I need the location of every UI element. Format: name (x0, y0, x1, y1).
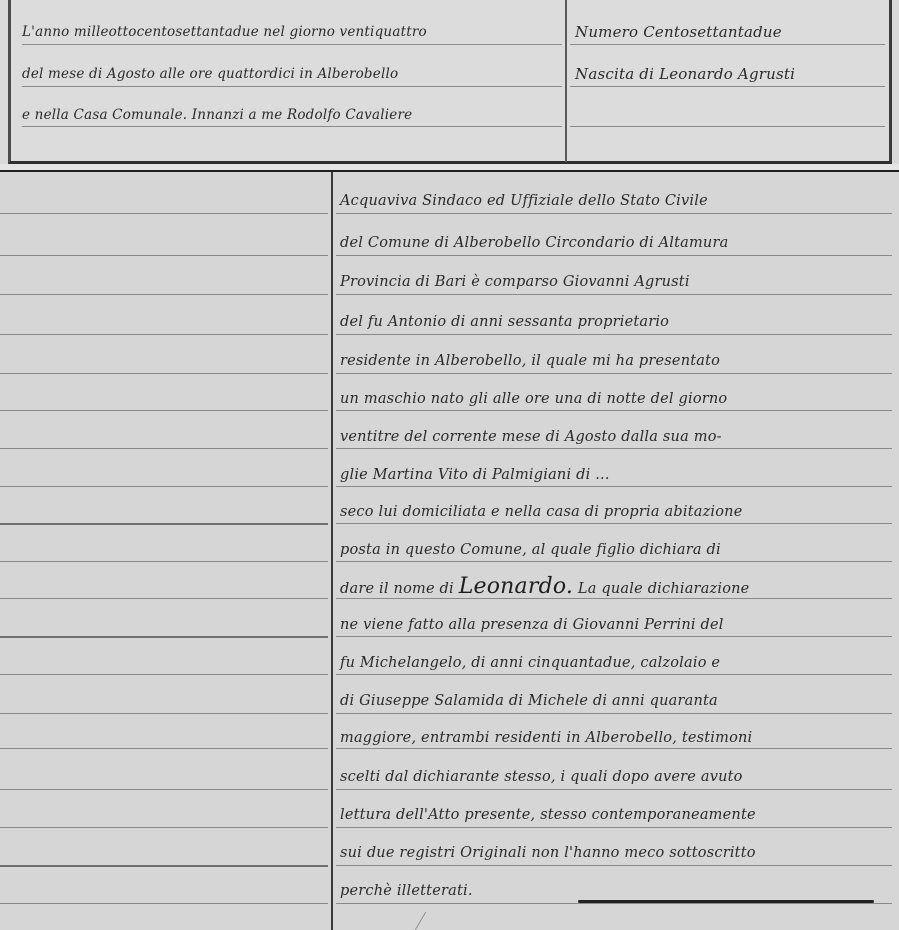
body-line-11-tail: La quale dichiarazione (578, 581, 750, 597)
body-line-19: perchè illetterati. (340, 881, 473, 901)
record-number: Numero Centosettantadue (575, 22, 782, 42)
margin-ruled-line (0, 713, 328, 714)
body-line-18: sui due registri Originali non l'hanno m… (340, 843, 756, 863)
body-line-13: fu Michelangelo, di anni cinquantadue, c… (340, 653, 720, 673)
body-ruled-line (336, 789, 892, 790)
header-left-line-2: del mese di Agosto alle ore quattordici … (22, 64, 398, 84)
body-line-1: Acquaviva Sindaco ed Uffiziale dello Sta… (340, 191, 708, 211)
body-line-16: scelti dal dichiarante stesso, i quali d… (340, 767, 743, 787)
body-ruled-line (336, 713, 892, 714)
header-section: L'anno milleottocentosettantadue nel gio… (0, 0, 899, 168)
margin-ruled-line (0, 748, 328, 749)
body-ruled-line (336, 561, 892, 562)
margin-ruled-line (0, 903, 328, 904)
body-line-4: del fu Antonio di anni sessanta propriet… (340, 312, 669, 332)
ruled-line (22, 86, 562, 87)
margin-ruled-line (0, 561, 328, 562)
body-line-3: Provincia di Bari è comparso Giovanni Ag… (340, 272, 690, 292)
body-ruled-line (336, 373, 892, 374)
body-ruled-line (336, 674, 892, 675)
header-left-line-1: L'anno milleottocentosettantadue nel gio… (22, 22, 427, 42)
ruled-line (570, 86, 885, 87)
body-ruled-line (336, 410, 892, 411)
body-ruled-line (336, 294, 892, 295)
margin-ruled-line (0, 636, 328, 638)
body-ruled-line (336, 255, 892, 256)
margin-ruled-line (0, 486, 328, 487)
margin-ruled-line (0, 334, 328, 335)
ruled-line (22, 44, 562, 45)
ruled-line (22, 126, 562, 127)
margin-ruled-line (0, 410, 328, 411)
body-ruled-line (336, 903, 892, 904)
body-line-10: posta in questo Comune, al quale figlio … (340, 540, 721, 560)
margin-ruled-line (0, 598, 328, 599)
body-line-11: dare il nome di Leonardo. La quale dichi… (340, 577, 749, 599)
body-line-2: del Comune di Alberobello Circondario di… (340, 233, 728, 253)
body-line-5: residente in Alberobello, il quale mi ha… (340, 351, 720, 371)
ruled-line (570, 126, 885, 127)
ruled-line (570, 44, 885, 45)
body-ruled-line (336, 448, 892, 449)
body-line-9: seco lui domiciliata e nella casa di pro… (340, 502, 743, 522)
body-ruled-line (336, 636, 892, 637)
margin-ruled-line (0, 865, 328, 867)
body-line-6: un maschio nato gli alle ore una di nott… (340, 389, 727, 409)
child-name: Leonardo. (459, 574, 573, 599)
margin-ruled-line (0, 674, 328, 675)
body-ruled-line (336, 523, 892, 524)
margin-column-divider (331, 172, 333, 930)
margin-ruled-line (0, 255, 328, 256)
margin-ruled-line (0, 789, 328, 790)
body-line-15: maggiore, entrambi residenti in Alberobe… (340, 728, 752, 748)
body-line-14: di Giuseppe Salamida di Michele di anni … (340, 691, 718, 711)
record-subject: Nascita di Leonardo Agrusti (575, 64, 795, 84)
margin-ruled-line (0, 523, 328, 525)
margin-ruled-line (0, 294, 328, 295)
closing-line (578, 900, 874, 903)
margin-ruled-line (0, 827, 328, 828)
body-ruled-line (336, 865, 892, 866)
body-ruled-line (336, 748, 892, 749)
body-line-11-lead: dare il nome di (340, 581, 454, 597)
section-separator (0, 164, 899, 172)
header-column-divider (565, 0, 567, 162)
body-line-12: ne viene fatto alla presenza di Giovanni… (340, 615, 724, 635)
header-left-line-3: e nella Casa Comunale. Innanzi a me Rodo… (22, 105, 412, 125)
body-ruled-line (336, 486, 892, 487)
body-line-7: ventitre del corrente mese di Agosto dal… (340, 427, 722, 447)
body-ruled-line (336, 334, 892, 335)
margin-ruled-line (0, 373, 328, 374)
body-ruled-line (336, 827, 892, 828)
margin-ruled-line (0, 448, 328, 449)
body-line-8: glie Martina Vito di Palmigiani di ... (340, 465, 610, 485)
body-ruled-line (336, 213, 892, 214)
margin-ruled-line (0, 213, 328, 214)
body-line-17: lettura dell'Atto presente, stesso conte… (340, 805, 756, 825)
